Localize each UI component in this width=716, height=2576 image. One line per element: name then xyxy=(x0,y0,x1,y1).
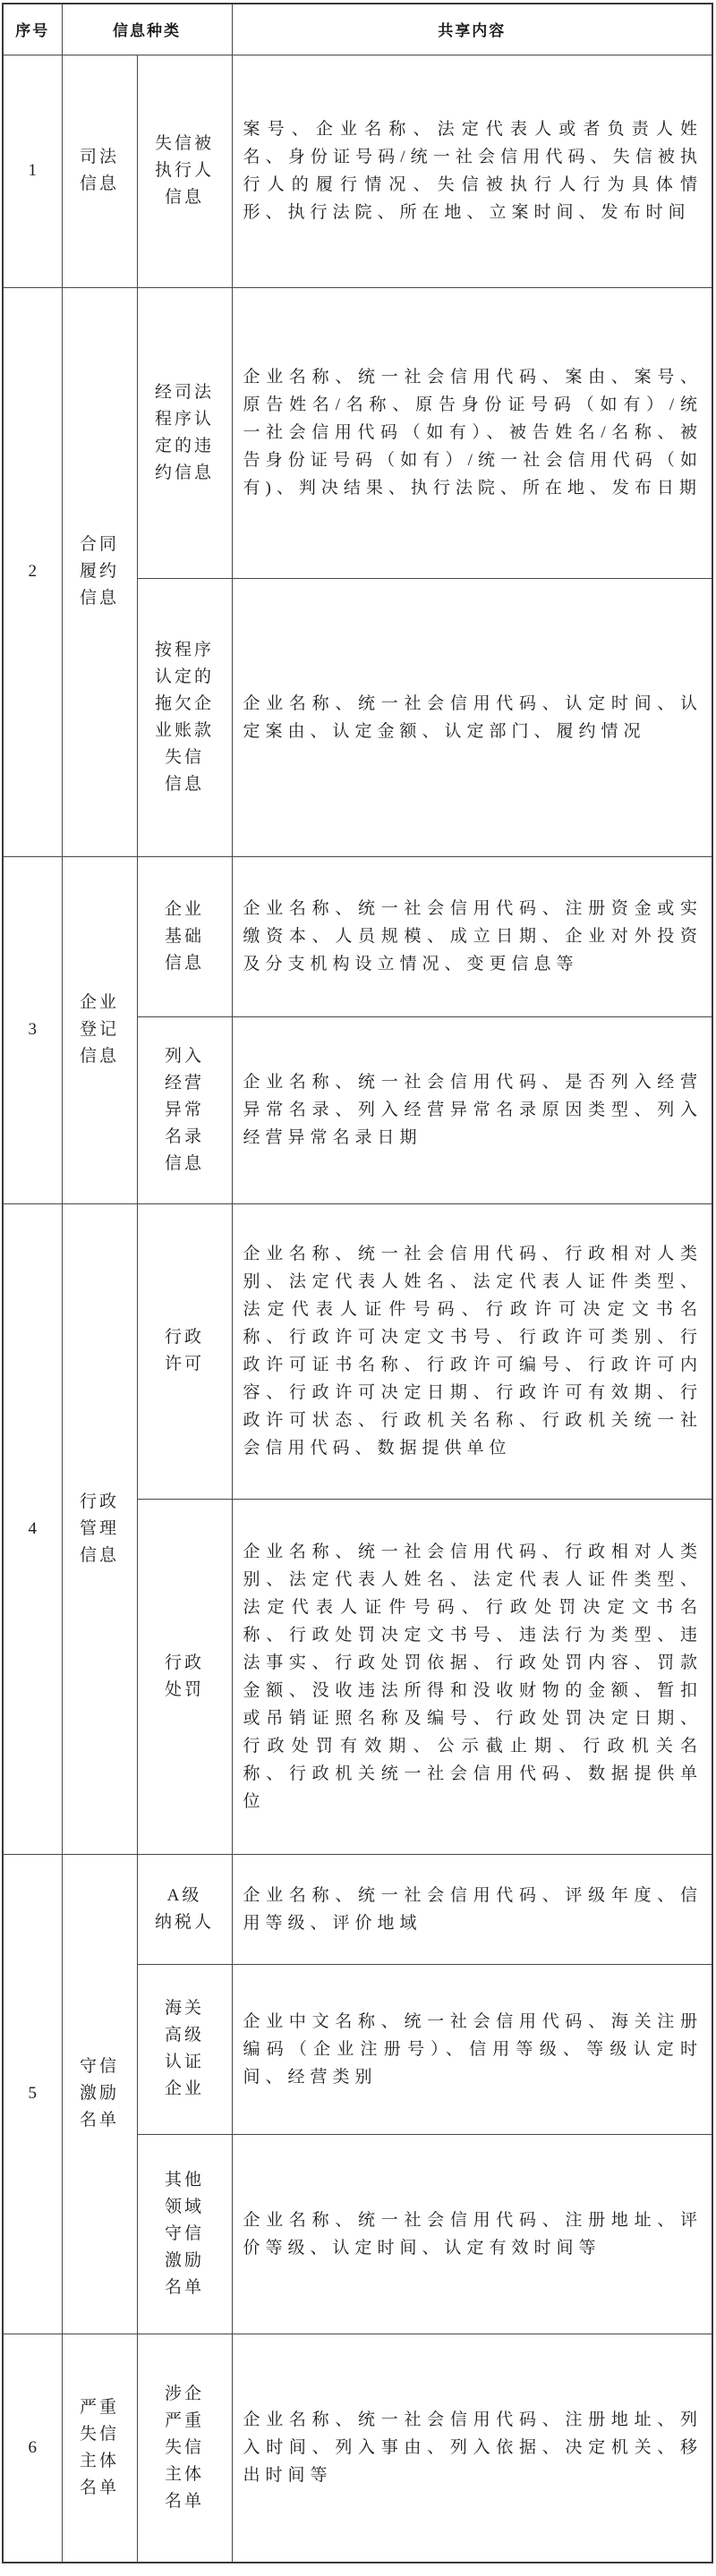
table-row: 4 行政 管理 信息 行政 许可 企业名称、统一社会信用代码、行政相对人类别、法… xyxy=(3,1203,712,1499)
content-cell: 企业名称、统一社会信用代码、是否列入经营异常名录、列入经营异常名录原因类型、列入… xyxy=(232,1016,712,1203)
subtype-cell: 其他 领域 守信 激励 名单 xyxy=(137,2134,232,2334)
category-cell: 行政 管理 信息 xyxy=(62,1203,137,1854)
table-row: 5 守信 激励 名单 A级 纳税人 企业名称、统一社会信用代码、评级年度、信用等… xyxy=(3,1854,712,1964)
document-page: 序号 信息种类 共享内容 1 司法 信息 失信被 执行人 信息 案号、企业名称、… xyxy=(0,0,716,2566)
content-cell: 企业名称、统一社会信用代码、案由、案号、原告姓名/名称、原告身份证号码（如有）/… xyxy=(232,287,712,578)
content-cell: 企业名称、统一社会信用代码、认定时间、认定案由、认定金额、认定部门、履约情况 xyxy=(232,578,712,856)
header-info-type: 信息种类 xyxy=(62,4,232,55)
content-cell: 企业名称、统一社会信用代码、评级年度、信用等级、评价地域 xyxy=(232,1854,712,1964)
content-cell: 企业名称、统一社会信用代码、注册资金或实缴资本、人员规模、成立日期、企业对外投资… xyxy=(232,856,712,1016)
subtype-cell: 涉企 严重 失信 主体 名单 xyxy=(137,2334,232,2563)
subtype-cell: 经司法 程序认 定的违 约信息 xyxy=(137,287,232,578)
subtype-cell: 行政 处罚 xyxy=(137,1499,232,1854)
seq-cell: 2 xyxy=(3,287,62,856)
content-cell: 企业名称、统一社会信用代码、行政相对人类别、法定代表人姓名、法定代表人证件类型、… xyxy=(232,1203,712,1499)
subtype-cell: 按程序 认定的 拖欠企 业账款 失信 信息 xyxy=(137,578,232,856)
category-cell: 司法 信息 xyxy=(62,55,137,287)
seq-cell: 3 xyxy=(3,856,62,1203)
category-cell: 企业 登记 信息 xyxy=(62,856,137,1203)
content-cell: 企业名称、统一社会信用代码、注册地址、列入时间、列入事由、列入依据、决定机关、移… xyxy=(232,2334,712,2563)
content-cell: 企业名称、统一社会信用代码、注册地址、评价等级、认定时间、认定有效时间等 xyxy=(232,2134,712,2334)
subtype-cell: 行政 许可 xyxy=(137,1203,232,1499)
subtype-cell: A级 纳税人 xyxy=(137,1854,232,1964)
category-cell: 严重 失信 主体 名单 xyxy=(62,2334,137,2563)
seq-cell: 4 xyxy=(3,1203,62,1854)
seq-cell: 5 xyxy=(3,1854,62,2334)
seq-cell: 6 xyxy=(3,2334,62,2563)
subtype-cell: 列入 经营 异常 名录 信息 xyxy=(137,1016,232,1203)
category-cell: 守信 激励 名单 xyxy=(62,1854,137,2334)
content-cell: 企业中文名称、统一社会信用代码、海关注册编码（企业注册号）、信用等级、等级认定时… xyxy=(232,1964,712,2134)
info-share-table: 序号 信息种类 共享内容 1 司法 信息 失信被 执行人 信息 案号、企业名称、… xyxy=(2,3,713,2563)
table-row: 6 严重 失信 主体 名单 涉企 严重 失信 主体 名单 企业名称、统一社会信用… xyxy=(3,2334,712,2563)
table-row: 1 司法 信息 失信被 执行人 信息 案号、企业名称、法定代表人或者负责人姓名、… xyxy=(3,55,712,287)
content-cell: 企业名称、统一社会信用代码、行政相对人类别、法定代表人姓名、法定代表人证件类型、… xyxy=(232,1499,712,1854)
header-seq: 序号 xyxy=(3,4,62,55)
category-cell: 合同 履约 信息 xyxy=(62,287,137,856)
table-header-row: 序号 信息种类 共享内容 xyxy=(3,4,712,55)
seq-cell: 1 xyxy=(3,55,62,287)
content-cell: 案号、企业名称、法定代表人或者负责人姓名、身份证号码/统一社会信用代码、失信被执… xyxy=(232,55,712,287)
subtype-cell: 企业 基础 信息 xyxy=(137,856,232,1016)
table-row: 2 合同 履约 信息 经司法 程序认 定的违 约信息 企业名称、统一社会信用代码… xyxy=(3,287,712,578)
subtype-cell: 失信被 执行人 信息 xyxy=(137,55,232,287)
subtype-cell: 海关 高级 认证 企业 xyxy=(137,1964,232,2134)
header-shared-content: 共享内容 xyxy=(232,4,712,55)
table-row: 3 企业 登记 信息 企业 基础 信息 企业名称、统一社会信用代码、注册资金或实… xyxy=(3,856,712,1016)
